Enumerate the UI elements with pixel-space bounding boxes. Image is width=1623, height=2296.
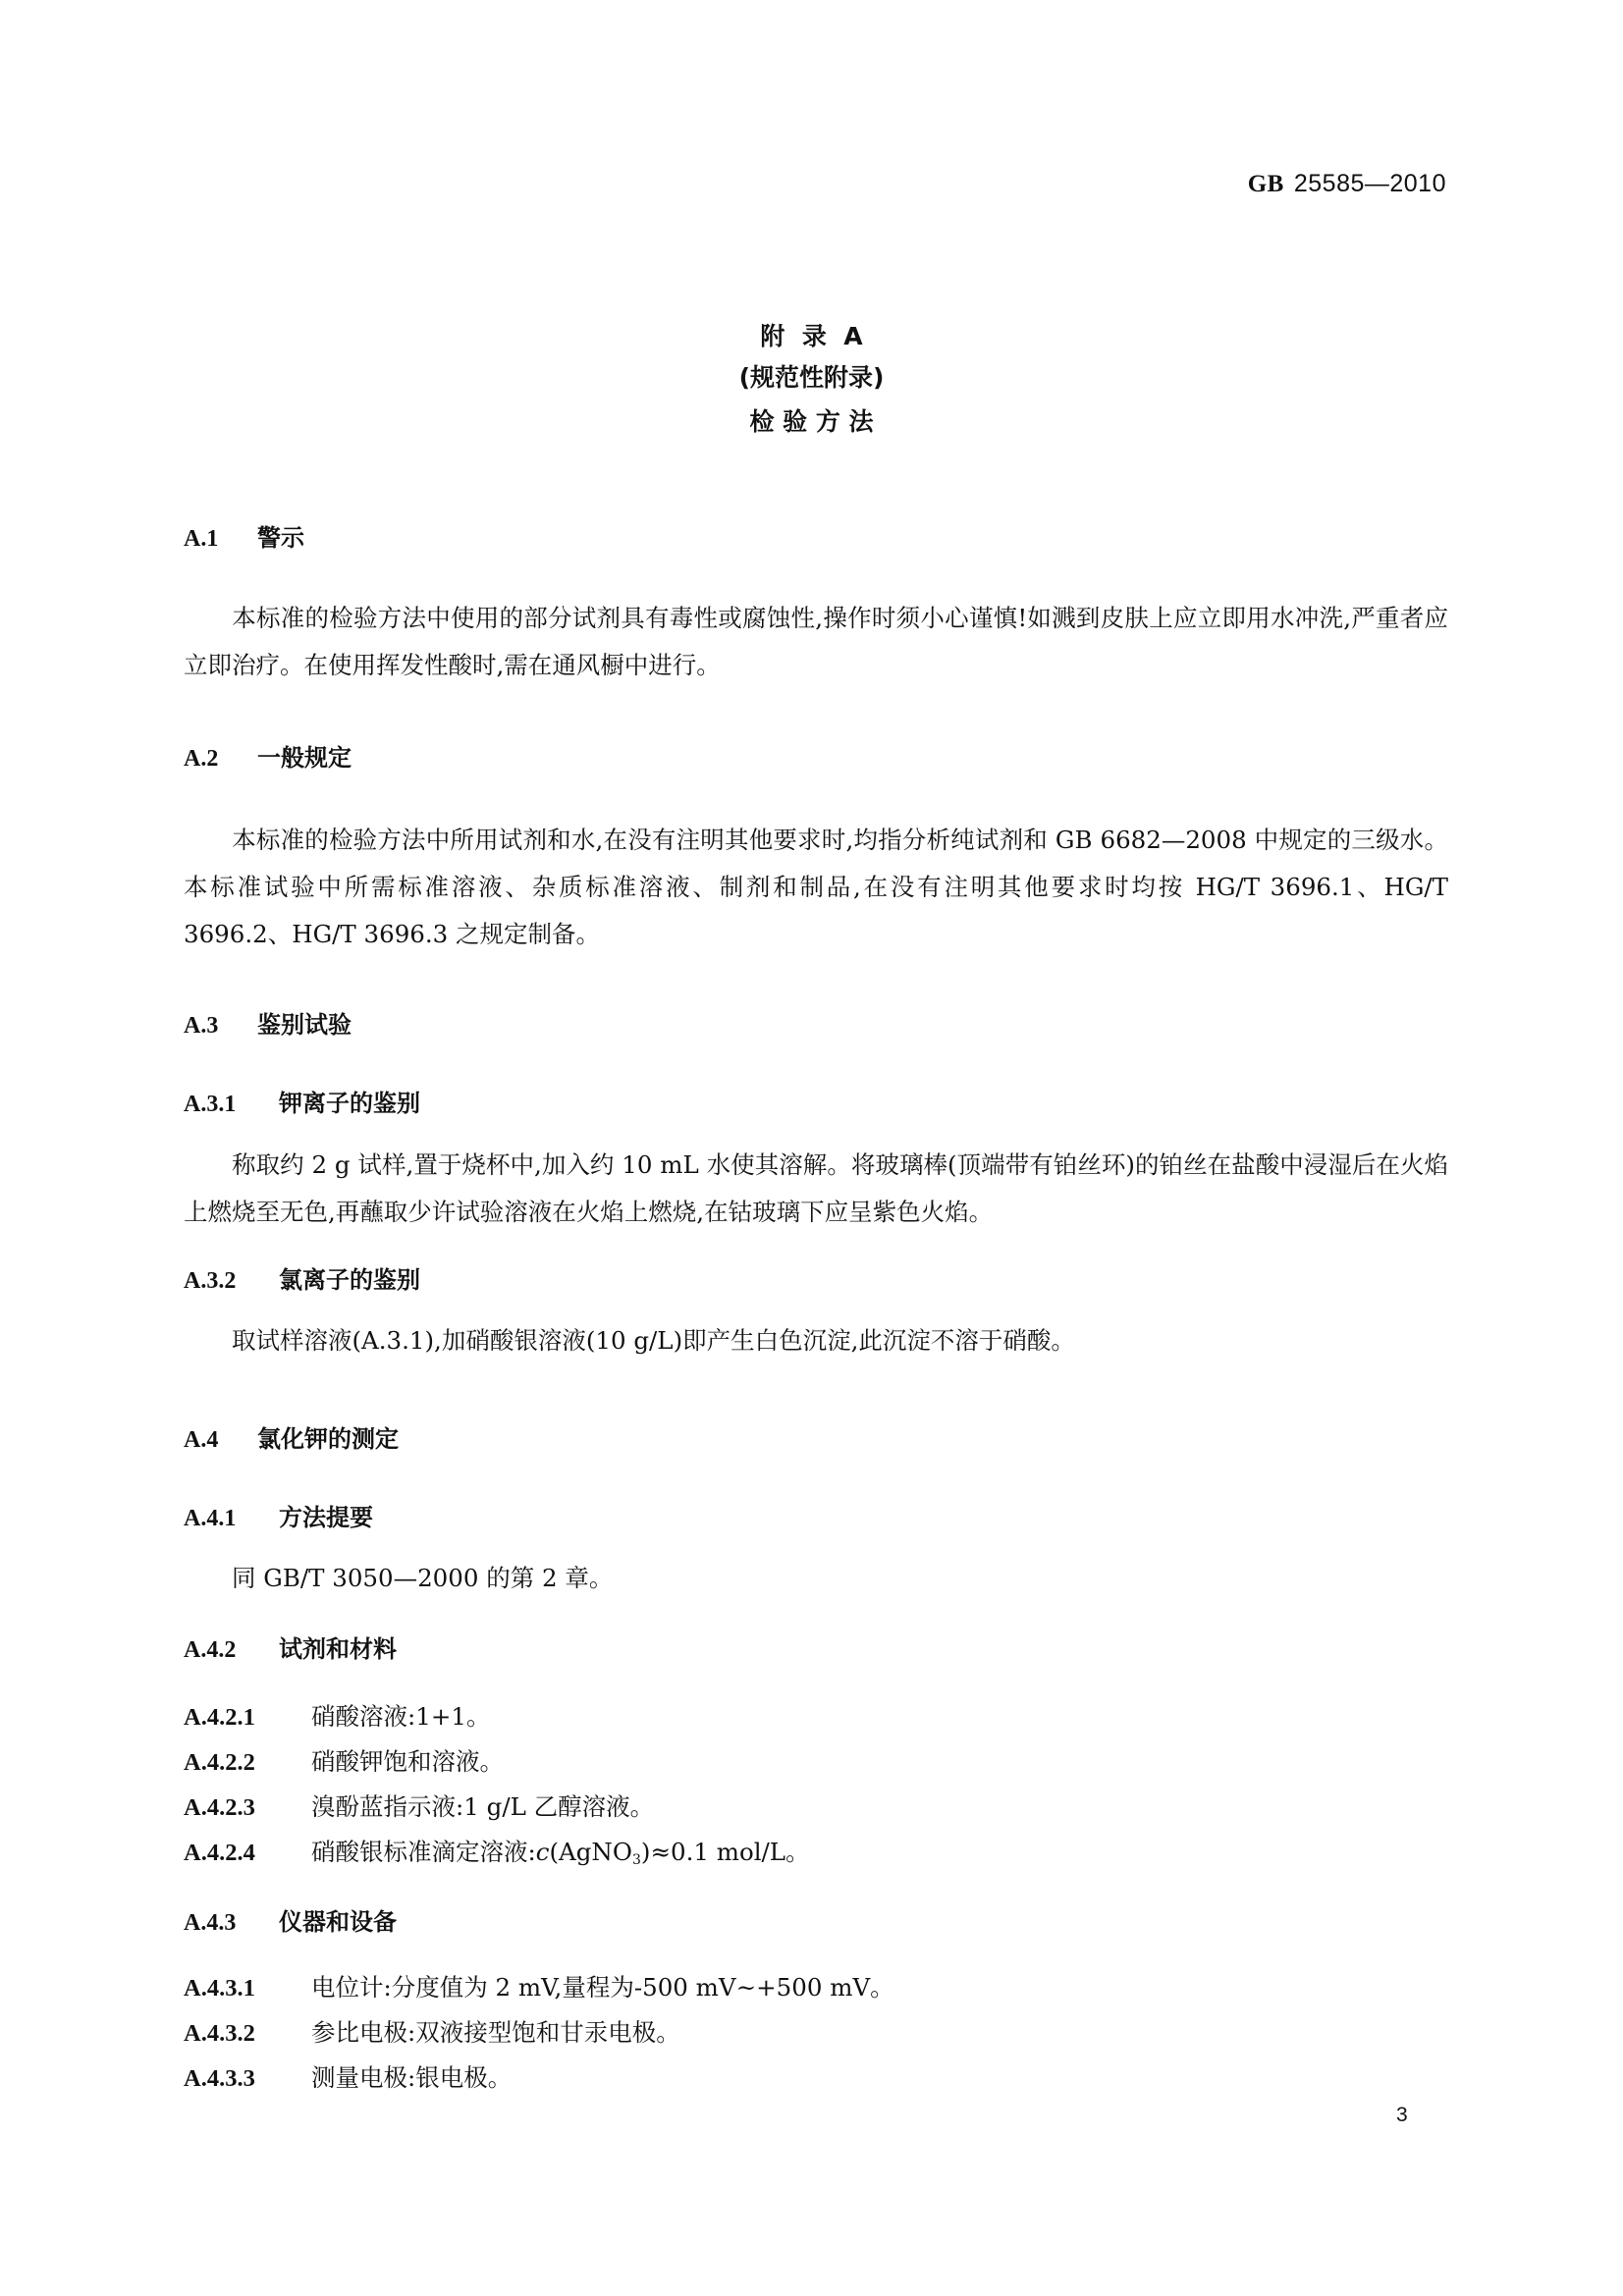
paragraph-a1: 本标准的检验方法中使用的部分试剂具有毒性或腐蚀性,操作时须小心谨慎!如溅到皮肤上… xyxy=(184,595,1448,689)
list-item: A.4.2.1硝酸溶液:1+1。 xyxy=(184,1698,490,1733)
item-text: 硝酸钾饱和溶液。 xyxy=(311,1747,504,1776)
item-number: A.4.2.3 xyxy=(184,1794,311,1822)
section-number: A.4.3 xyxy=(184,1910,279,1937)
item-number: A.4.2.4 xyxy=(184,1840,311,1867)
page-number: 3 xyxy=(1396,2104,1408,2127)
list-item: A.4.2.3溴酚蓝指示液:1 g/L 乙醇溶液。 xyxy=(184,1789,654,1823)
section-heading-a42: A.4.2试剂和材料 xyxy=(184,1629,397,1664)
item-text: 测量电极:银电极。 xyxy=(311,2063,512,2092)
page-header: GB25585—2010 xyxy=(1248,169,1446,198)
item-number: A.4.3.2 xyxy=(184,2020,311,2048)
paragraph-text: 取试样溶液(A.3.1),加硝酸银溶液(10 g/L)即产生白色沉淀,此沉淀不溶… xyxy=(232,1326,1075,1355)
item-number: A.4.2.1 xyxy=(184,1704,311,1732)
section-heading-a43: A.4.3仪器和设备 xyxy=(184,1902,397,1937)
paragraph-a41: 同 GB/T 3050—2000 的第 2 章。 xyxy=(184,1555,1448,1602)
section-title: 方法提要 xyxy=(279,1504,373,1531)
section-title: 试剂和材料 xyxy=(279,1635,397,1663)
section-title: 仪器和设备 xyxy=(279,1908,397,1936)
section-heading-a41: A.4.1方法提要 xyxy=(184,1498,373,1532)
formula: (AgNO xyxy=(550,1838,632,1866)
concentration-symbol: c xyxy=(536,1838,550,1866)
section-heading-a1: A.1警示 xyxy=(184,518,304,553)
formula-subscript: 3 xyxy=(632,1852,641,1868)
section-heading-a32: A.3.2氯离子的鉴别 xyxy=(184,1260,420,1295)
section-number: A.4.1 xyxy=(184,1506,279,1532)
item-text: 硝酸银标准滴定溶液: xyxy=(311,1838,536,1866)
appendix-name: 检 验 方 法 xyxy=(0,402,1623,438)
section-number: A.3 xyxy=(184,1013,257,1040)
paragraph-text: 本标准的检验方法中所用试剂和水,在没有注明其他要求时,均指分析纯试剂和 GB 6… xyxy=(184,826,1448,948)
section-number: A.2 xyxy=(184,746,257,773)
item-number: A.4.3.1 xyxy=(184,1975,311,2002)
appendix-subtitle: (规范性附录) xyxy=(0,358,1623,394)
section-number: A.3.1 xyxy=(184,1092,279,1118)
section-title: 钾离子的鉴别 xyxy=(279,1090,420,1117)
list-item: A.4.2.4硝酸银标准滴定溶液:c(AgNO3)≈0.1 mol/L。 xyxy=(184,1834,810,1868)
section-heading-a4: A.4氯化钾的测定 xyxy=(184,1419,399,1454)
formula-value: )≈0.1 mol/L。 xyxy=(641,1838,810,1866)
section-heading-a2: A.2一般规定 xyxy=(184,738,352,773)
paragraph-text: 同 GB/T 3050—2000 的第 2 章。 xyxy=(232,1564,613,1592)
list-item: A.4.3.3测量电极:银电极。 xyxy=(184,2059,512,2094)
item-number: A.4.2.2 xyxy=(184,1749,311,1777)
item-text: 电位计:分度值为 2 mV,量程为-500 mV~+500 mV。 xyxy=(311,1973,894,2002)
list-item: A.4.3.2参比电极:双液接型饱和甘汞电极。 xyxy=(184,2014,680,2049)
section-title: 鉴别试验 xyxy=(257,1011,352,1039)
item-text: 参比电极:双液接型饱和甘汞电极。 xyxy=(311,2018,680,2047)
section-title: 警示 xyxy=(257,524,304,552)
standard-number: 25585—2010 xyxy=(1294,170,1446,197)
paragraph-a31: 称取约 2 g 试样,置于烧杯中,加入约 10 mL 水使其溶解。将玻璃棒(顶端… xyxy=(184,1142,1448,1236)
list-item: A.4.2.2硝酸钾饱和溶液。 xyxy=(184,1743,504,1778)
appendix-title: 附 录 A xyxy=(0,317,1623,352)
section-title: 一般规定 xyxy=(257,744,352,772)
paragraph-text: 本标准的检验方法中使用的部分试剂具有毒性或腐蚀性,操作时须小心谨慎!如溅到皮肤上… xyxy=(184,604,1448,679)
section-heading-a3: A.3鉴别试验 xyxy=(184,1005,352,1040)
section-title: 氯离子的鉴别 xyxy=(279,1266,420,1294)
section-number: A.1 xyxy=(184,526,257,553)
standard-prefix: GB xyxy=(1248,171,1284,197)
paragraph-text: 称取约 2 g 试样,置于烧杯中,加入约 10 mL 水使其溶解。将玻璃棒(顶端… xyxy=(184,1150,1448,1226)
section-title: 氯化钾的测定 xyxy=(257,1425,399,1453)
item-number: A.4.3.3 xyxy=(184,2065,311,2093)
item-text: 硝酸溶液:1+1。 xyxy=(311,1702,490,1731)
section-number: A.4 xyxy=(184,1427,257,1454)
item-text: 溴酚蓝指示液:1 g/L 乙醇溶液。 xyxy=(311,1792,654,1821)
paragraph-a32: 取试样溶液(A.3.1),加硝酸银溶液(10 g/L)即产生白色沉淀,此沉淀不溶… xyxy=(184,1317,1448,1364)
paragraph-a2: 本标准的检验方法中所用试剂和水,在没有注明其他要求时,均指分析纯试剂和 GB 6… xyxy=(184,817,1448,958)
section-number: A.3.2 xyxy=(184,1268,279,1295)
list-item: A.4.3.1电位计:分度值为 2 mV,量程为-500 mV~+500 mV。 xyxy=(184,1969,894,2003)
section-number: A.4.2 xyxy=(184,1637,279,1664)
section-heading-a31: A.3.1钾离子的鉴别 xyxy=(184,1084,420,1118)
